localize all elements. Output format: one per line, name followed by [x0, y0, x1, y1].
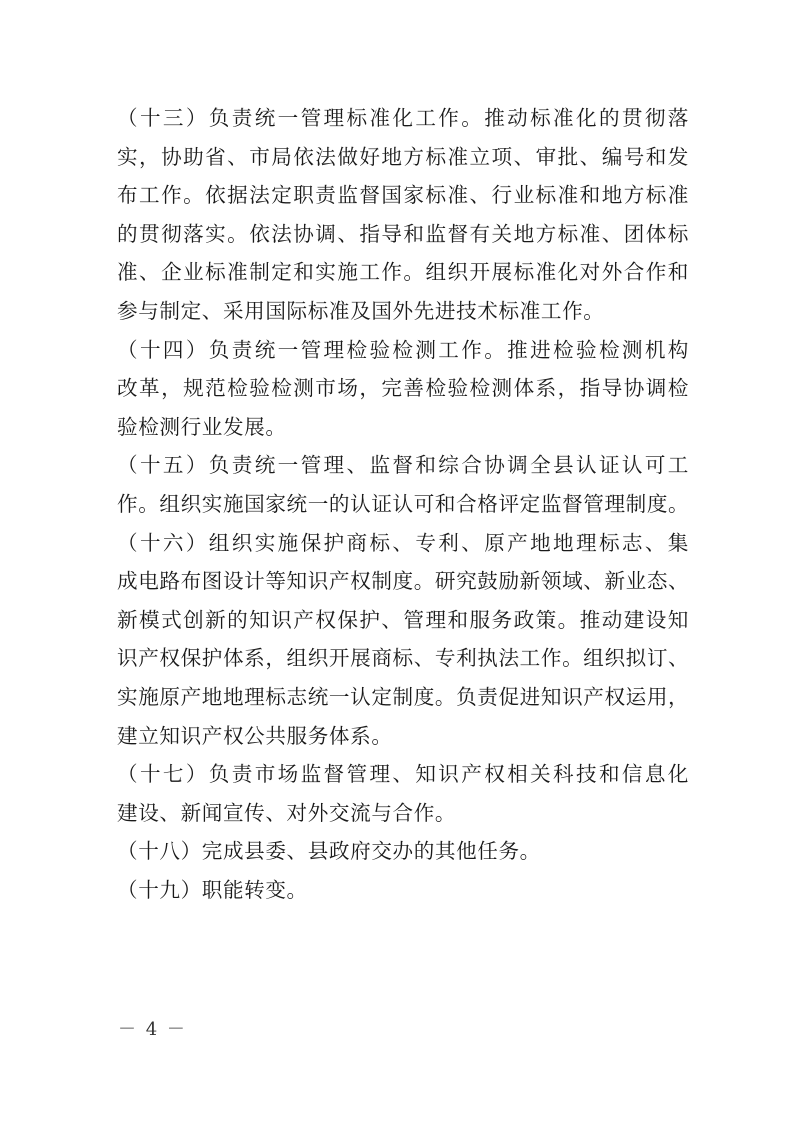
text-line: 作。组织实施国家统一的认证认可和合格评定监督管理制度。: [117, 485, 689, 524]
text-line: 建立知识产权公共服务体系。: [117, 717, 689, 756]
page-number: － 4 －: [118, 1015, 187, 1041]
paragraph-item-18: （十八）完成县委、县政府交办的其他任务。: [117, 832, 689, 871]
paragraph-item-14: （十四）负责统一管理检验检测工作。推进检验检测机构 改革，规范检验检测市场，完善…: [117, 331, 689, 447]
text-line: 验检测行业发展。: [117, 408, 689, 447]
text-line: （十八）完成县委、县政府交办的其他任务。: [117, 832, 689, 871]
text-line: 实施原产地地理标志统一认定制度。负责促进知识产权运用，: [117, 678, 689, 717]
paragraph-item-16: （十六）组织实施保护商标、专利、原产地地理标志、集 成电路布图设计等知识产权制度…: [117, 524, 689, 756]
text-line: 建设、新闻宣传、对外交流与合作。: [117, 794, 689, 833]
paragraph-item-19: （十九）职能转变。: [117, 871, 689, 910]
text-line: （十四）负责统一管理检验检测工作。推进检验检测机构: [117, 331, 689, 370]
text-line: （十六）组织实施保护商标、专利、原产地地理标志、集: [117, 524, 689, 563]
document-body: （十三）负责统一管理标准化工作。推动标准化的贯彻落 实，协助省、市局依法做好地方…: [117, 99, 689, 909]
text-line: （十三）负责统一管理标准化工作。推动标准化的贯彻落: [117, 99, 689, 138]
paragraph-item-17: （十七）负责市场监督管理、知识产权相关科技和信息化 建设、新闻宣传、对外交流与合…: [117, 755, 689, 832]
text-line: 实，协助省、市局依法做好地方标准立项、审批、编号和发: [117, 138, 689, 177]
text-line: 识产权保护体系，组织开展商标、专利执法工作。组织拟订、: [117, 639, 689, 678]
text-line: 布工作。依据法定职责监督国家标准、行业标准和地方标准: [117, 176, 689, 215]
text-line: 的贯彻落实。依法协调、指导和监督有关地方标准、团体标: [117, 215, 689, 254]
paragraph-item-13: （十三）负责统一管理标准化工作。推动标准化的贯彻落 实，协助省、市局依法做好地方…: [117, 99, 689, 331]
text-line: 成电路布图设计等知识产权制度。研究鼓励新领域、新业态、: [117, 562, 689, 601]
text-line: 新模式创新的知识产权保护、管理和服务政策。推动建设知: [117, 601, 689, 640]
text-line: 改革，规范检验检测市场，完善检验检测体系，指导协调检: [117, 369, 689, 408]
paragraph-item-15: （十五）负责统一管理、监督和综合协调全县认证认可工 作。组织实施国家统一的认证认…: [117, 446, 689, 523]
text-line: （十九）职能转变。: [117, 871, 689, 910]
text-line: （十七）负责市场监督管理、知识产权相关科技和信息化: [117, 755, 689, 794]
text-line: 参与制定、采用国际标准及国外先进技术标准工作。: [117, 292, 689, 331]
text-line: 准、企业标准制定和实施工作。组织开展标准化对外合作和: [117, 253, 689, 292]
text-line: （十五）负责统一管理、监督和综合协调全县认证认可工: [117, 446, 689, 485]
